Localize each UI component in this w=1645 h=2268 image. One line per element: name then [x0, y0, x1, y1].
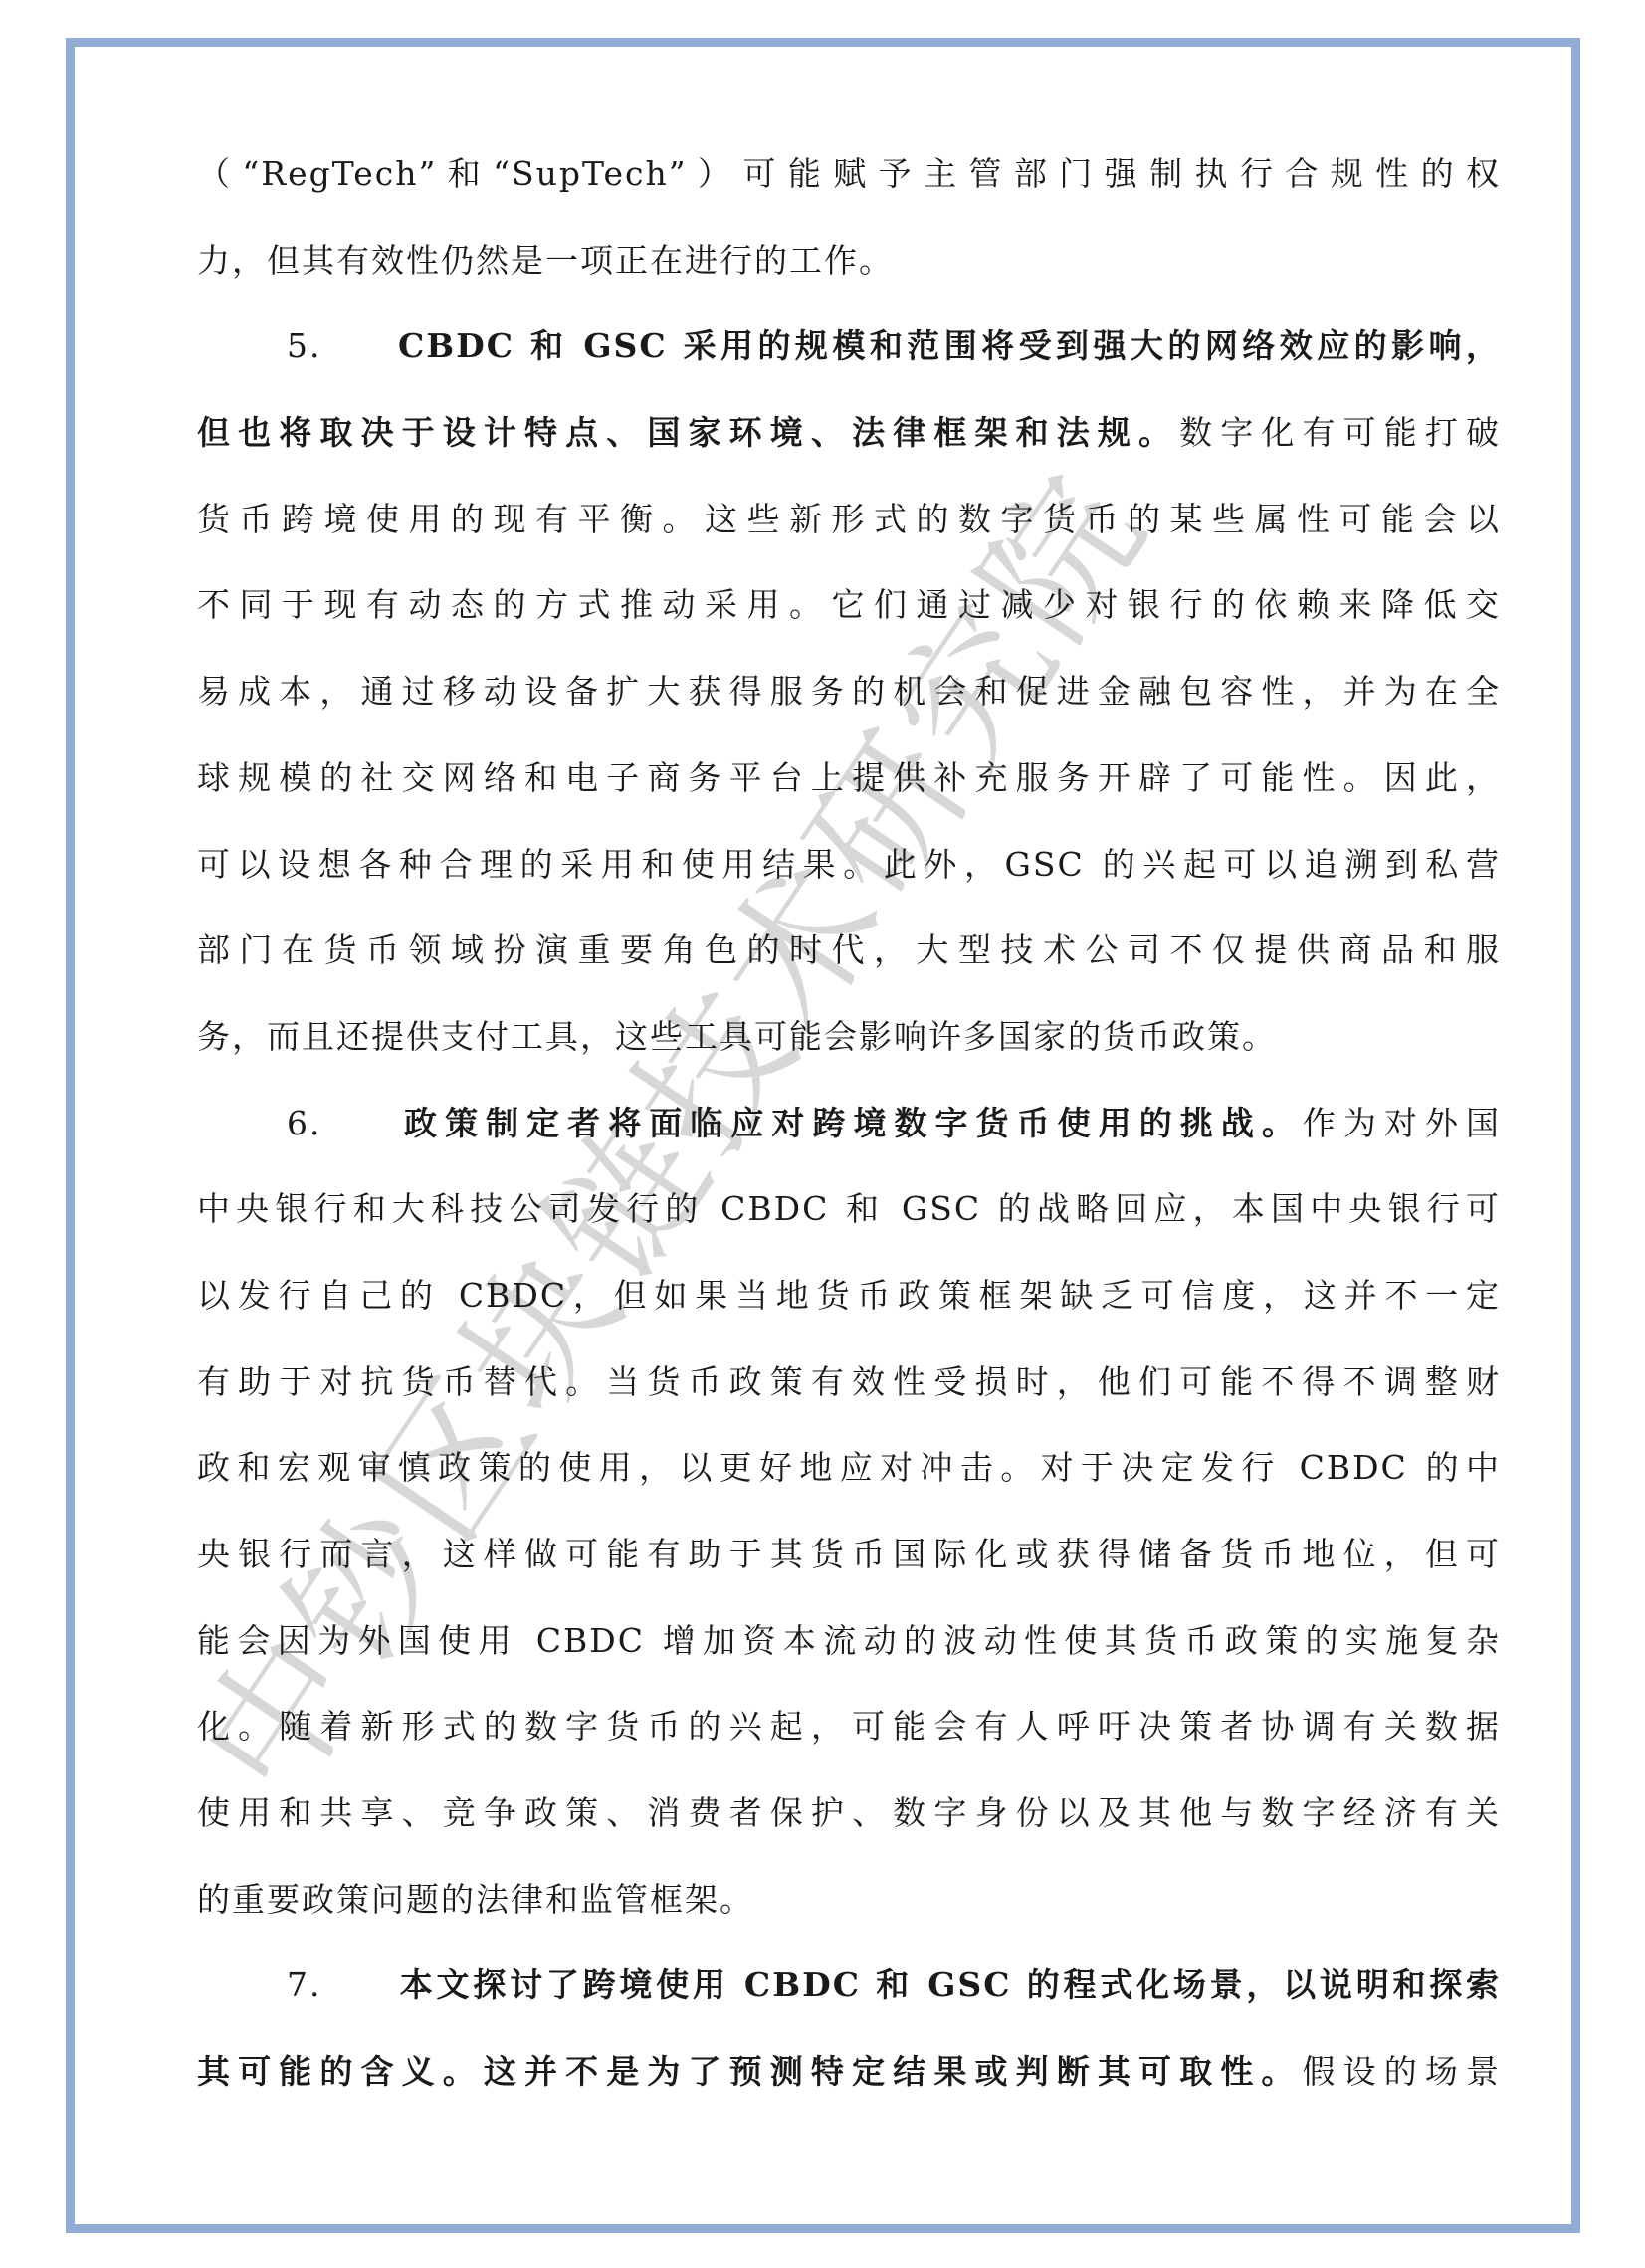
text-line: 易成本，通过移动设备扩大获得服务的机会和促进金融包容性，并为在全	[197, 659, 1501, 745]
bold-lead-text: 政策制定者将面临应对跨境数字货币使用的挑战。	[398, 1104, 1303, 1142]
body-text: 政和宏观审慎政策的使用，以更好地应对冲击。对于决定发行 CBDC 的中	[197, 1448, 1501, 1487]
body-text: 假设的场景	[1302, 2052, 1501, 2091]
text-line: 以发行自己的 CBDC，但如果当地货币政策框架缺乏可信度，这并不一定	[197, 1263, 1501, 1349]
bold-lead-text: 本文探讨了跨境使用 CBDC 和 GSC 的程式化场景，以说明和探索	[398, 1965, 1501, 2004]
text-line: 央银行而言，这样做可能有助于其货币国际化或获得储备货币地位，但可	[197, 1522, 1501, 1608]
body-text: 货币跨境使用的现有平衡。这些新形式的数字货币的某些属性可能会以	[197, 500, 1501, 538]
text-line: 使用和共享、竞争政策、消费者保护、数字身份以及其他与数字经济有关	[197, 1780, 1501, 1867]
body-text: 球规模的社交网络和电子商务平台上提供补充服务开辟了可能性。因此，	[197, 758, 1501, 797]
body-text: 能会因为外国使用 CBDC 增加资本流动的波动性使其货币政策的实施复杂	[197, 1621, 1501, 1660]
body-text: 化。随着新形式的数字货币的兴起，可能会有人呼吁决策者协调有关数据	[197, 1707, 1501, 1746]
text-line: 的重要政策问题的法律和监管框架。	[197, 1867, 1501, 1954]
body-text: 的重要政策问题的法律和监管框架。	[197, 1880, 754, 1919]
body-text: 使用和共享、竞争政策、消费者保护、数字身份以及其他与数字经济有关	[197, 1793, 1501, 1832]
text-line: 政和宏观审慎政策的使用，以更好地应对冲击。对于决定发行 CBDC 的中	[197, 1435, 1501, 1522]
text-line: 货币跨境使用的现有平衡。这些新形式的数字货币的某些属性可能会以	[197, 487, 1501, 573]
text-line: 但也将取决于设计特点、国家环境、法律框架和法规。数字化有可能打破	[197, 400, 1501, 487]
text-line: 6.政策制定者将面临应对跨境数字货币使用的挑战。作为对外国	[197, 1091, 1501, 1177]
text-line: 不同于现有动态的方式推动采用。它们通过减少对银行的依赖来降低交	[197, 572, 1501, 659]
paragraph-number: 7.	[287, 1953, 398, 2018]
body-text: 易成本，通过移动设备扩大获得服务的机会和促进金融包容性，并为在全	[197, 672, 1501, 711]
text-line: 球规模的社交网络和电子商务平台上提供补充服务开辟了可能性。因此，	[197, 745, 1501, 832]
paragraph-number: 6.	[287, 1091, 398, 1156]
text-line: 有助于对抗货币替代。当货币政策有效性受损时，他们可能不得不调整财	[197, 1349, 1501, 1436]
text-line: 化。随着新形式的数字货币的兴起，可能会有人呼吁决策者协调有关数据	[197, 1694, 1501, 1780]
body-text: （“RegTech”和“SupTech”）可能赋予主管部门强制执行合规性的权	[197, 154, 1501, 193]
text-line: 5.CBDC 和 GSC 采用的规模和范围将受到强大的网络效应的影响，	[197, 313, 1501, 400]
body-text: 数字化有可能打破	[1179, 413, 1501, 452]
text-line: 部门在货币领域扮演重要角色的时代，大型技术公司不仅提供商品和服	[197, 918, 1501, 1004]
body-text: 作为对外国	[1303, 1104, 1501, 1142]
body-text: 可以设想各种合理的采用和使用结果。此外，GSC 的兴起可以追溯到私营	[197, 845, 1501, 884]
text-line: 其可能的含义。这并不是为了预测特定结果或判断其可取性。假设的场景	[197, 2039, 1501, 2126]
bold-lead-text: 但也将取决于设计特点、国家环境、法律框架和法规。	[197, 413, 1179, 452]
paragraph-number: 5.	[287, 313, 398, 379]
text-line: 能会因为外国使用 CBDC 增加资本流动的波动性使其货币政策的实施复杂	[197, 1608, 1501, 1695]
text-line: 力，但其有效性仍然是一项正在进行的工作。	[197, 228, 1501, 314]
body-text: 中央银行和大科技公司发行的 CBDC 和 GSC 的战略回应，本国中央银行可	[197, 1189, 1501, 1228]
body-text: 有助于对抗货币替代。当货币政策有效性受损时，他们可能不得不调整财	[197, 1362, 1501, 1401]
body-text: 以发行自己的 CBDC，但如果当地货币政策框架缺乏可信度，这并不一定	[197, 1276, 1501, 1315]
text-line: 7.本文探讨了跨境使用 CBDC 和 GSC 的程式化场景，以说明和探索	[197, 1953, 1501, 2039]
body-text: 部门在货币领域扮演重要角色的时代，大型技术公司不仅提供商品和服	[197, 930, 1501, 969]
body-text: 央银行而言，这样做可能有助于其货币国际化或获得储备货币地位，但可	[197, 1535, 1501, 1573]
text-line: 务，而且还提供支付工具，这些工具可能会影响许多国家的货币政策。	[197, 1004, 1501, 1091]
document-body: （“RegTech”和“SupTech”）可能赋予主管部门强制执行合规性的权力，…	[197, 141, 1501, 2126]
text-line: 中央银行和大科技公司发行的 CBDC 和 GSC 的战略回应，本国中央银行可	[197, 1176, 1501, 1263]
text-line: 可以设想各种合理的采用和使用结果。此外，GSC 的兴起可以追溯到私营	[197, 832, 1501, 919]
bold-lead-text: CBDC 和 GSC 采用的规模和范围将受到强大的网络效应的影响，	[398, 326, 1501, 365]
body-text: 力，但其有效性仍然是一项正在进行的工作。	[197, 241, 894, 280]
body-text: 不同于现有动态的方式推动采用。它们通过减少对银行的依赖来降低交	[197, 585, 1501, 624]
text-line: （“RegTech”和“SupTech”）可能赋予主管部门强制执行合规性的权	[197, 141, 1501, 228]
body-text: 务，而且还提供支付工具，这些工具可能会影响许多国家的货币政策。	[197, 1017, 1277, 1056]
bold-lead-text: 其可能的含义。这并不是为了预测特定结果或判断其可取性。	[197, 2052, 1302, 2091]
